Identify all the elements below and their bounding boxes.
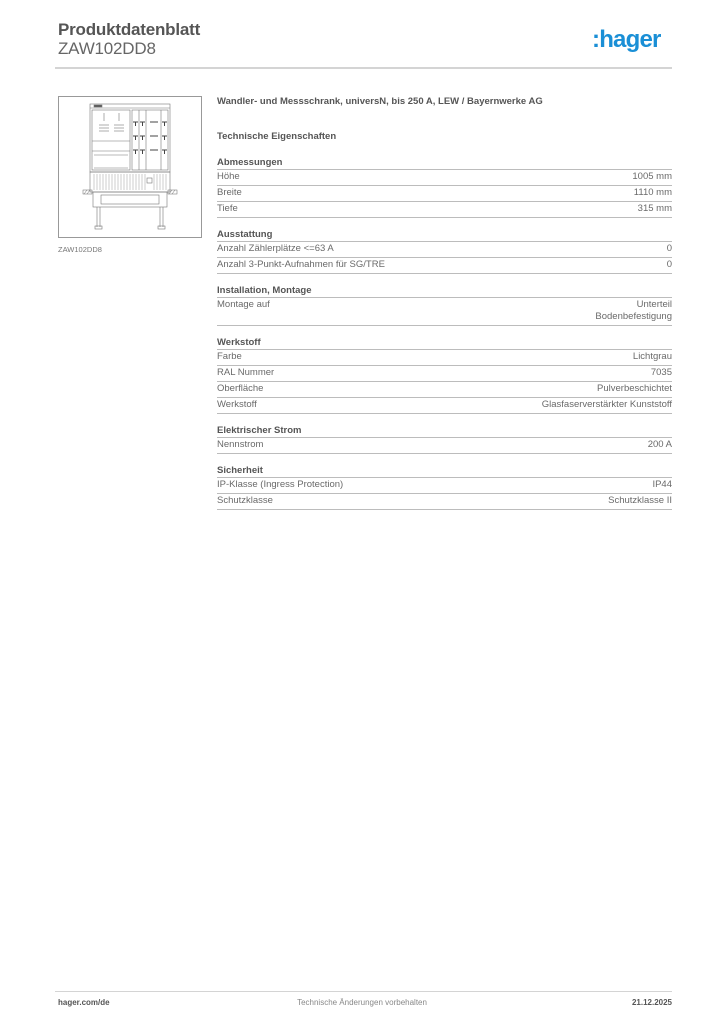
spec-value: Pulverbeschichtet: [597, 383, 672, 395]
spec-value: 1005 mm: [632, 171, 672, 183]
spec-label: Montage auf: [217, 299, 270, 311]
spec-value-line: IP44: [652, 479, 672, 491]
spec-value-line: Schutzklasse II: [608, 495, 672, 507]
spec-label: Werkstoff: [217, 399, 257, 411]
spec-label: Oberfläche: [217, 383, 263, 395]
spec-row: Tiefe315 mm: [217, 202, 672, 218]
spec-value-line: 315 mm: [638, 203, 672, 215]
spec-value: 0: [667, 243, 672, 255]
header-divider: [55, 67, 672, 69]
spec-value-line: Lichtgrau: [633, 351, 672, 363]
article-number: ZAW102DD8: [58, 39, 156, 59]
spec-section: Installation, MontageMontage aufUntertei…: [217, 284, 672, 326]
spec-value-line: Pulverbeschichtet: [597, 383, 672, 395]
spec-row: WerkstoffGlasfaserverstärkter Kunststoff: [217, 398, 672, 414]
spec-label: IP-Klasse (Ingress Protection): [217, 479, 343, 491]
spec-value: IP44: [652, 479, 672, 491]
spec-row: Anzahl Zählerplätze <=63 A0: [217, 242, 672, 258]
spec-value-line: 7035: [651, 367, 672, 379]
spec-label: RAL Nummer: [217, 367, 274, 379]
document-title: Produktdatenblatt: [58, 20, 200, 40]
spec-section: AusstattungAnzahl Zählerplätze <=63 A0An…: [217, 228, 672, 274]
cabinet-drawing-icon: [59, 97, 201, 237]
spec-label: Tiefe: [217, 203, 238, 215]
section-title: Ausstattung: [217, 228, 672, 242]
hager-logo: :hager: [592, 28, 661, 52]
spec-value: Schutzklasse II: [608, 495, 672, 507]
section-title: Elektrischer Strom: [217, 424, 672, 438]
spec-value: 0: [667, 259, 672, 271]
spec-section: WerkstoffFarbeLichtgrauRAL Nummer7035Obe…: [217, 336, 672, 414]
spec-label: Schutzklasse: [217, 495, 273, 507]
spec-section: Elektrischer StromNennstrom200 A: [217, 424, 672, 454]
product-details: Wandler- und Messschrank, universN, bis …: [217, 96, 672, 520]
product-image: [58, 96, 202, 238]
product-name: Wandler- und Messschrank, universN, bis …: [217, 96, 672, 107]
spec-row: SchutzklasseSchutzklasse II: [217, 494, 672, 510]
spec-row: Anzahl 3-Punkt-Aufnahmen für SG/TRE0: [217, 258, 672, 274]
spec-value: Glasfaserverstärkter Kunststoff: [542, 399, 672, 411]
spec-label: Anzahl Zählerplätze <=63 A: [217, 243, 334, 255]
spec-label: Anzahl 3-Punkt-Aufnahmen für SG/TRE: [217, 259, 385, 271]
spec-value: UnterteilBodenbefestigung: [595, 299, 672, 323]
spec-row: Montage aufUnterteilBodenbefestigung: [217, 298, 672, 326]
image-caption: ZAW102DD8: [58, 245, 102, 254]
spec-value: 200 A: [648, 439, 672, 451]
tech-properties-heading: Technische Eigenschaften: [217, 131, 672, 142]
section-title: Sicherheit: [217, 464, 672, 478]
spec-value-line: 200 A: [648, 439, 672, 451]
spec-label: Farbe: [217, 351, 242, 363]
footer-notice: Technische Änderungen vorbehalten: [0, 998, 724, 1007]
footer-date: 21.12.2025: [632, 998, 672, 1007]
spec-label: Nennstrom: [217, 439, 263, 451]
spec-section: AbmessungenHöhe1005 mmBreite1110 mmTiefe…: [217, 156, 672, 218]
spec-value: 7035: [651, 367, 672, 379]
spec-value-line: 0: [667, 259, 672, 271]
spec-value-line: 1110 mm: [634, 187, 672, 199]
spec-row: RAL Nummer7035: [217, 366, 672, 382]
spec-value: Lichtgrau: [633, 351, 672, 363]
spec-label: Breite: [217, 187, 242, 199]
footer-divider: [55, 991, 672, 992]
spec-row: OberflächePulverbeschichtet: [217, 382, 672, 398]
spec-value-line: Bodenbefestigung: [595, 311, 672, 323]
spec-row: FarbeLichtgrau: [217, 350, 672, 366]
spec-row: IP-Klasse (Ingress Protection)IP44: [217, 478, 672, 494]
spec-row: Nennstrom200 A: [217, 438, 672, 454]
spec-value-line: Glasfaserverstärkter Kunststoff: [542, 399, 672, 411]
spec-value: 315 mm: [638, 203, 672, 215]
spec-row: Breite1110 mm: [217, 186, 672, 202]
section-title: Abmessungen: [217, 156, 672, 170]
spec-row: Höhe1005 mm: [217, 170, 672, 186]
spec-value-line: 1005 mm: [632, 171, 672, 183]
spec-value-line: 0: [667, 243, 672, 255]
spec-value: 1110 mm: [634, 187, 672, 199]
section-title: Werkstoff: [217, 336, 672, 350]
spec-sections: AbmessungenHöhe1005 mmBreite1110 mmTiefe…: [217, 156, 672, 510]
spec-value-line: Unterteil: [595, 299, 672, 311]
spec-label: Höhe: [217, 171, 240, 183]
section-title: Installation, Montage: [217, 284, 672, 298]
spec-section: SicherheitIP-Klasse (Ingress Protection)…: [217, 464, 672, 510]
